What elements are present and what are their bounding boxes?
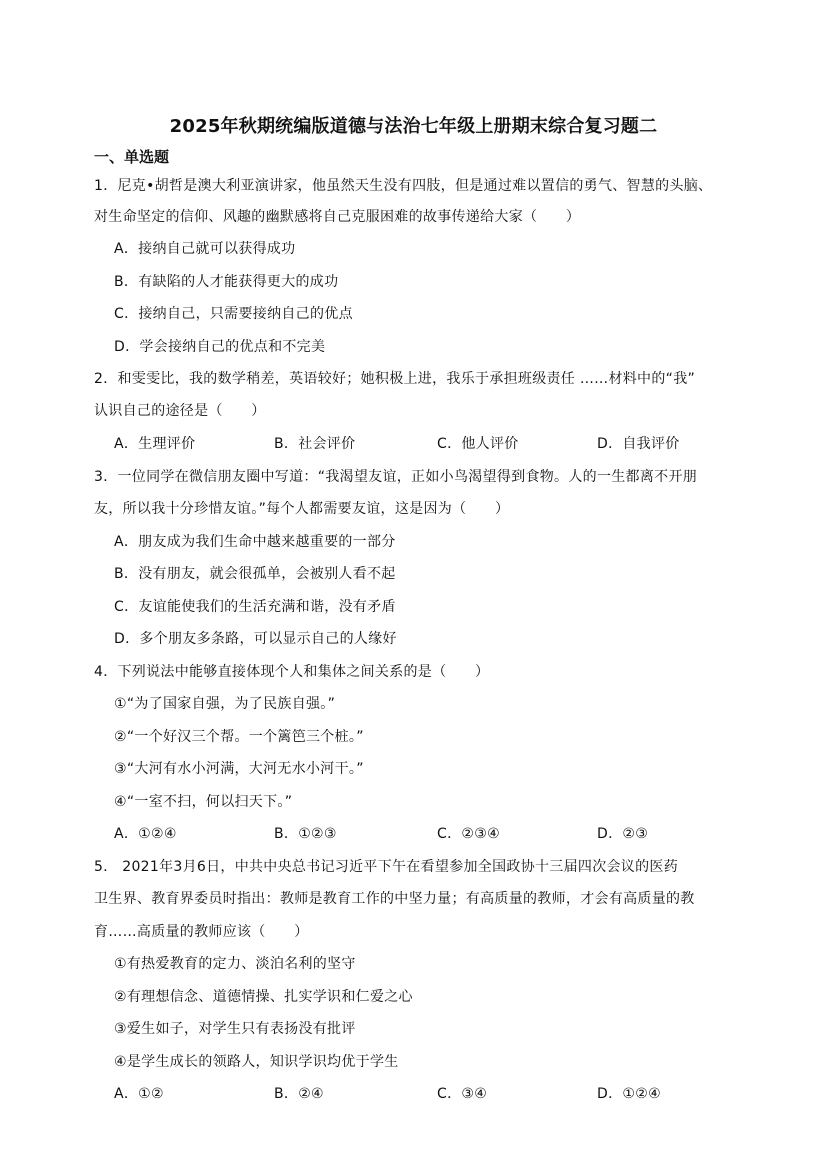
question-5-item-2: ②有理想信念、道德情操、扎实学识和仁爱之心: [114, 986, 413, 1006]
question-4-item-3: ③“大河有水小河满，大河无水小河干。”: [114, 758, 364, 778]
question-4-item-2: ②“一个好汉三个帮。一个篱笆三个桩。”: [114, 726, 364, 746]
question-1-option-b: B．有缺陷的人才能获得更大的成功: [114, 271, 338, 291]
question-5-option-a: A．①②: [114, 1083, 164, 1103]
question-3-stem-line-2: 友，所以我十分珍惜友谊。”每个人都需要友谊，这是因为（ ）: [94, 498, 509, 518]
document-title: 2025年秋期统编版道德与法治七年级上册期末综合复习题二: [0, 112, 827, 138]
question-5-stem-line-2: 卫生界、教育界委员时指出：教师是教育工作的中坚力量；有高质量的教师，才会有高质量…: [94, 888, 695, 908]
question-2-stem-line-1: 2．和雯雯比，我的数学稍差，英语较好；她积极上进，我乐于承担班级责任 ……材料中…: [94, 368, 695, 388]
question-3-option-b: B．没有朋友，就会很孤单，会被别人看不起: [114, 563, 396, 583]
question-3-option-d: D．多个朋友多条路，可以显示自己的人缘好: [114, 628, 397, 648]
question-2-option-d: D．自我评价: [597, 433, 680, 453]
question-1-option-d: D．学会接纳自己的优点和不完美: [114, 336, 325, 356]
question-4-item-1: ①“为了国家自强，为了民族自强。”: [114, 693, 335, 713]
question-4-option-b: B．①②③: [274, 823, 337, 843]
question-3-stem-line-1: 3．一位同学在微信朋友圈中写道：“我渴望友谊，正如小鸟渴望得到食物。人的一生都离…: [94, 466, 697, 486]
question-4-option-a: A．①②④: [114, 823, 177, 843]
question-1-option-a: A．接纳自己就可以获得成功: [114, 238, 295, 258]
question-1-stem-line-2: 对生命坚定的信仰、风趣的幽默感将自己克服困难的故事传递给大家（ ）: [94, 206, 580, 226]
question-4-option-c: C．②③④: [437, 823, 500, 843]
question-4-item-4: ④“一室不扫，何以扫天下。”: [114, 791, 292, 811]
question-1-stem-line-1: 1．尼克•胡哲是澳大利亚演讲家，他虽然天生没有四肢，但是通过难以置信的勇气、智慧…: [94, 175, 712, 195]
question-2-option-a: A．生理评价: [114, 433, 195, 453]
question-4-stem: 4．下列说法中能够直接体现个人和集体之间关系的是（ ）: [94, 661, 489, 681]
question-2-option-b: B．社会评价: [274, 433, 355, 453]
question-5-option-c: C．③④: [437, 1083, 487, 1103]
question-3-option-a: A．朋友成为我们生命中越来越重要的一部分: [114, 531, 396, 551]
question-5-option-b: B．②④: [274, 1083, 324, 1103]
question-4-option-d: D．②③: [597, 823, 648, 843]
section-heading: 一、单选题: [94, 146, 169, 167]
question-5-stem-line-1: 5． 2021年3月6日，中共中央总书记习近平下午在看望参加全国政协十三届四次会…: [94, 856, 678, 876]
question-5-option-d: D．①②④: [597, 1083, 661, 1103]
question-3-option-c: C．友谊能使我们的生活充满和谐，没有矛盾: [114, 596, 396, 616]
question-2-option-c: C．他人评价: [437, 433, 519, 453]
question-5-item-1: ①有热爱教育的定力、淡泊名利的坚守: [114, 953, 356, 973]
question-5-item-3: ③爱生如子，对学生只有表扬没有批评: [114, 1018, 356, 1038]
question-1-option-c: C．接纳自己，只需要接纳自己的优点: [114, 303, 353, 323]
question-5-stem-line-3: 育……高质量的教师应该（ ）: [94, 921, 309, 941]
document-page: 2025年秋期统编版道德与法治七年级上册期末综合复习题二 一、单选题 1．尼克•…: [0, 0, 827, 1169]
question-2-stem-line-2: 认识自己的途径是（ ）: [94, 400, 266, 420]
question-5-item-4: ④是学生成长的领路人，知识学识均优于学生: [114, 1051, 399, 1071]
